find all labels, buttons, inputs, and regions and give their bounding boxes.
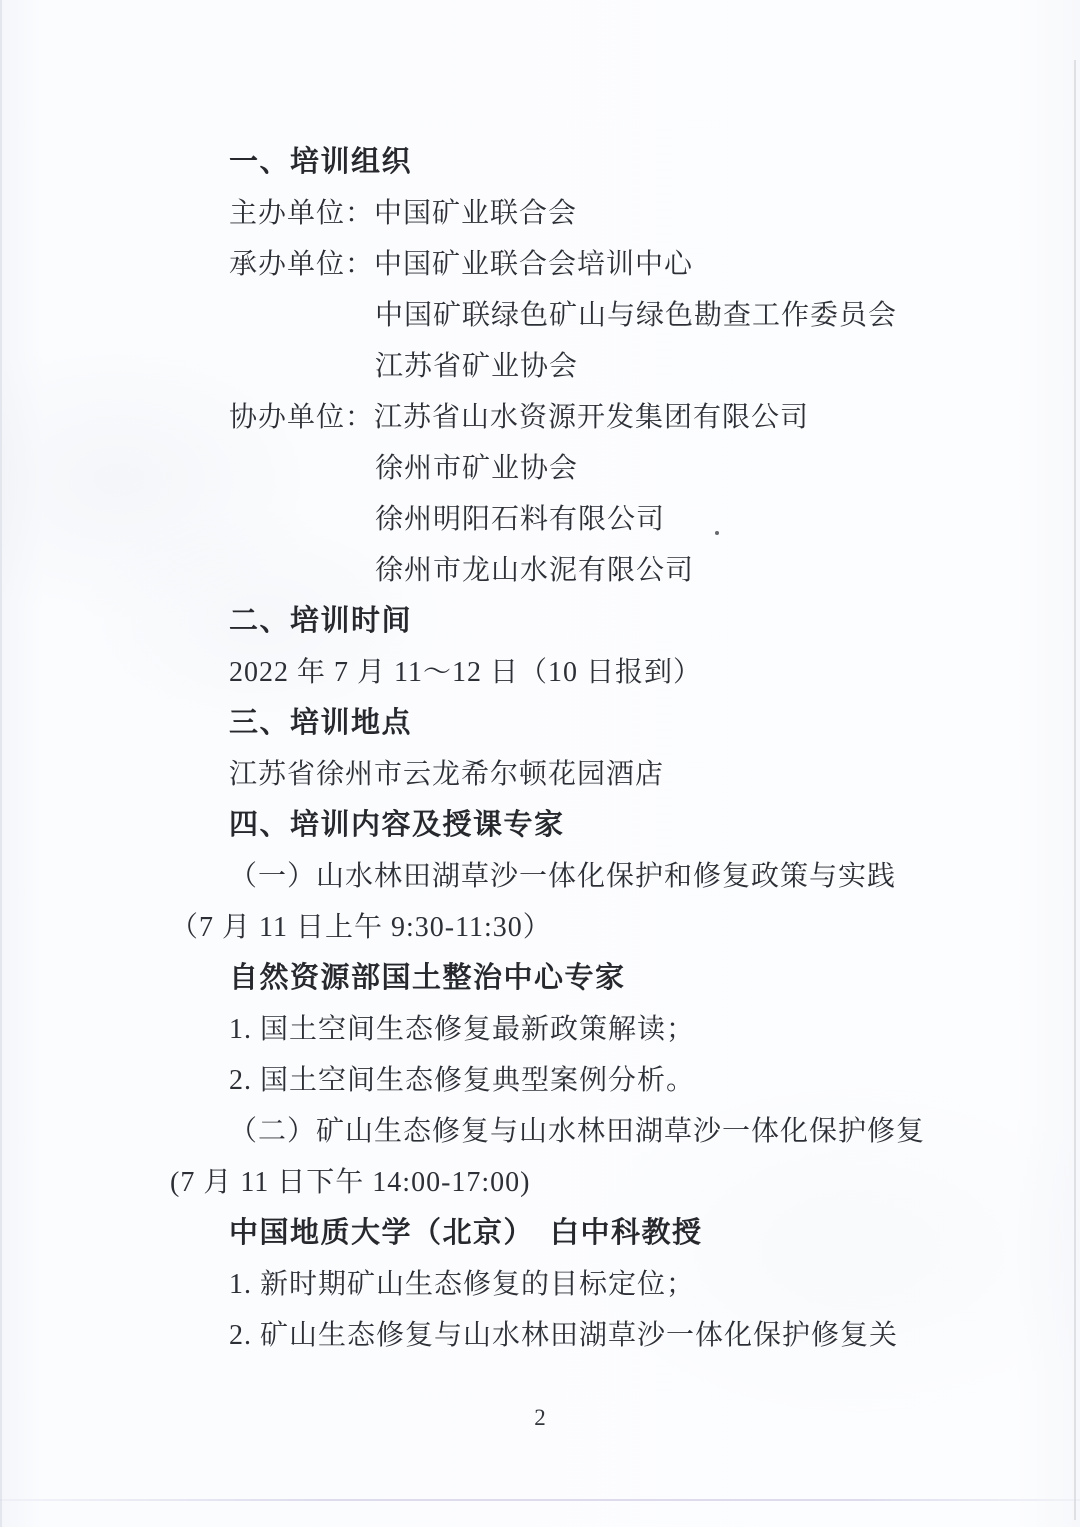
heading-training-organization: 一、培训组织 <box>170 134 950 185</box>
training-location-line: 江苏省徐州市云龙希尔顿花园酒店 <box>170 746 950 797</box>
organizer-unit-line-2: 中国矿联绿色矿山与绿色勘查工作委员会 <box>170 287 950 338</box>
topic-1-time-line: （7 月 11 日上午 9:30-11:30） <box>170 899 950 950</box>
scan-edge-left <box>0 0 2 1527</box>
training-time-line: 2022 年 7 月 11～12 日（10 日报到） <box>170 644 950 695</box>
topic-2-time-line: (7 月 11 日下午 14:00-17:00) <box>170 1154 950 1205</box>
organizer-unit-line-3: 江苏省矿业协会 <box>170 338 950 389</box>
heading-training-location: 三、培训地点 <box>170 695 950 746</box>
topic-1-item-1-line: 1. 国土空间生态修复最新政策解读； <box>170 1001 950 1052</box>
co-organizer-unit-line-3: 徐州明阳石料有限公司 <box>170 491 950 542</box>
topic-1-item-2-line: 2. 国土空间生态修复典型案例分析。 <box>170 1052 950 1103</box>
heading-training-time: 二、培训时间 <box>170 593 950 644</box>
document-body: 一、培训组织 主办单位：中国矿业联合会 承办单位：中国矿业联合会培训中心 中国矿… <box>170 134 950 1358</box>
host-unit-line: 主办单位：中国矿业联合会 <box>170 185 950 236</box>
topic-2-expert-line: 中国地质大学（北京） 白中科教授 <box>170 1205 950 1256</box>
page-number: 2 <box>0 1405 1080 1431</box>
heading-training-content: 四、培训内容及授课专家 <box>170 797 950 848</box>
topic-2-item-2-line: 2. 矿山生态修复与山水林田湖草沙一体化保护修复关 <box>170 1307 950 1358</box>
co-organizer-unit-line-4: 徐州市龙山水泥有限公司 <box>170 542 950 593</box>
scan-edge-right <box>1074 60 1076 1520</box>
topic-2-title-line: （二）矿山生态修复与山水林田湖草沙一体化保护修复 <box>170 1103 950 1154</box>
scan-fold-line <box>0 1499 1080 1501</box>
co-organizer-unit-line-2: 徐州市矿业协会 <box>170 440 950 491</box>
organizer-unit-line: 承办单位：中国矿业联合会培训中心 <box>170 236 950 287</box>
topic-1-title-line: （一）山水林田湖草沙一体化保护和修复政策与实践 <box>170 848 950 899</box>
topic-2-item-1-line: 1. 新时期矿山生态修复的目标定位； <box>170 1256 950 1307</box>
topic-1-expert-line: 自然资源部国土整治中心专家 <box>170 950 950 1001</box>
co-organizer-unit-line: 协办单位：江苏省山水资源开发集团有限公司 <box>170 389 950 440</box>
scanned-document-page: 一、培训组织 主办单位：中国矿业联合会 承办单位：中国矿业联合会培训中心 中国矿… <box>0 0 1080 1527</box>
